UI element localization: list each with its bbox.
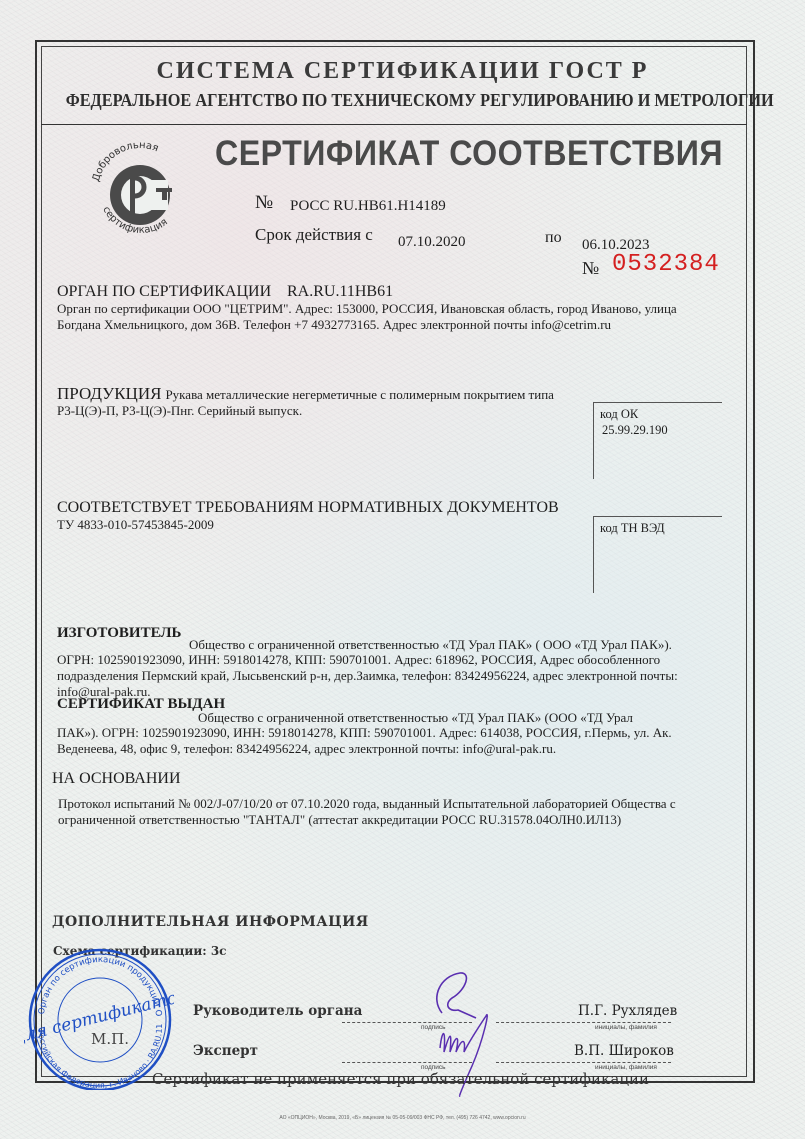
issued-to-details: ПАК»). ОГРН: 1025901923090, ИНН: 5918014…: [57, 725, 717, 757]
manufacturer-line-1: Общество с ограниченной ответственностью…: [189, 637, 672, 653]
manufacturer-details: ОГРН: 1025901923090, ИНН: 5918014278, КП…: [57, 652, 717, 700]
printer-imprint: АО «ОПЦИОН», Москва, 2019, «Б» лицензия …: [0, 1115, 805, 1121]
valid-from-date: 07.10.2020: [398, 234, 466, 251]
basis-heading: НА ОСНОВАНИИ: [52, 770, 181, 788]
expert-name: В.П. Широков: [574, 1043, 674, 1059]
agency-title: ФЕДЕРАЛЬНОЕ АГЕНТСТВО ПО ТЕХНИЧЕСКОМУ РЕ…: [66, 90, 723, 111]
additional-info-heading: ДОПОЛНИТЕЛЬНАЯ ИНФОРМАЦИЯ: [52, 914, 369, 930]
rst-mark-icon: Добровольная сертификация: [86, 138, 196, 238]
product-line-2: Р3-Ц(Э)-П, Р3-Ц(Э)-Пнг. Серийный выпуск.: [57, 403, 302, 419]
expert-label: Эксперт: [193, 1043, 258, 1059]
head-of-body-name: П.Г. Рухлядев: [578, 1003, 677, 1019]
conformity-heading: СООТВЕТСТВУЕТ ТРЕБОВАНИЯМ НОРМАТИВНЫХ ДО…: [57, 499, 559, 517]
validity-label: Срок действия с: [255, 225, 373, 245]
tnved-code-label: код ТН ВЭД: [600, 521, 665, 536]
certificate-number-label: №: [255, 192, 273, 214]
normative-document: ТУ 4833-010-57453845-2009: [57, 517, 214, 533]
product-line-1: Рукава металлические негерметичные с пол…: [165, 387, 553, 402]
certification-body-line-1: Орган по сертификации ООО "ЦЕТРИМ". Адре…: [57, 301, 717, 317]
manufacturer-heading: ИЗГОТОВИТЕЛЬ: [57, 625, 181, 641]
serial-number: 0532384: [612, 251, 720, 278]
expert-name-line: [496, 1062, 671, 1063]
head-name-line: [496, 1022, 671, 1023]
basis-line-1: Протокол испытаний № 002/J-07/10/20 от 0…: [58, 796, 718, 812]
issued-to-line-3: Веденеева, 48, офис 9, телефон: 83424956…: [57, 741, 717, 757]
certification-body-code: RA.RU.11НВ61: [287, 283, 393, 301]
ok-code-box: код ОК 25.99.29.190: [593, 402, 722, 479]
product-heading: ПРОДУКЦИЯ: [57, 384, 161, 403]
voluntary-certification-note: Сертификат не применяется при обязательн…: [152, 1070, 649, 1088]
certificate-title: СЕРТИФИКАТ СООТВЕТСТВИЯ: [215, 134, 723, 174]
basis-details: Протокол испытаний № 002/J-07/10/20 от 0…: [58, 796, 718, 828]
serial-number-label: №: [582, 258, 599, 279]
manufacturer-line-3: подразделения Пермский край, Лысьвенский…: [57, 668, 717, 684]
rst-logo: Добровольная сертификация: [86, 138, 196, 238]
product-heading-row: ПРОДУКЦИЯ Рукава металлические негермети…: [57, 384, 554, 404]
manufacturer-line-2: ОГРН: 1025901923090, ИНН: 5918014278, КП…: [57, 652, 717, 668]
issued-to-line-2: ПАК»). ОГРН: 1025901923090, ИНН: 5918014…: [57, 725, 717, 741]
header-divider: [41, 124, 747, 125]
certification-body-details: Орган по сертификации ООО "ЦЕТРИМ". Адре…: [57, 301, 717, 333]
tnved-code-box: код ТН ВЭД: [593, 516, 722, 593]
certification-stamp: Орган по сертификации продукции ООО «ЦЕТ…: [24, 940, 174, 1090]
certification-body-heading: ОРГАН ПО СЕРТИФИКАЦИИ: [57, 283, 271, 301]
basis-line-2: ограниченной ответственностью "ТАНТАЛ" (…: [58, 812, 718, 828]
round-stamp-icon: Орган по сертификации продукции ООО «ЦЕТ…: [24, 940, 174, 1090]
head-of-body-label: Руководитель органа: [193, 1003, 362, 1019]
issued-to-line-1: Общество с ограниченной ответственностью…: [198, 710, 633, 726]
certification-body-line-2: Богдана Хмельницкого, дом 36В. Телефон +…: [57, 317, 717, 333]
head-name-caption: инициалы, фамилия: [595, 1024, 657, 1031]
manufacturer-heading-row: ИЗГОТОВИТЕЛЬ: [57, 624, 181, 642]
svg-text:М.П.: М.П.: [91, 1030, 129, 1048]
ok-code-label: код ОК: [600, 407, 638, 422]
certificate-number: РОСС RU.НВ61.Н14189: [290, 198, 446, 215]
valid-to-label: по: [545, 229, 562, 247]
system-title: СИСТЕМА СЕРТИФИКАЦИИ ГОСТ Р: [0, 58, 805, 85]
ok-code-value: 25.99.29.190: [602, 423, 668, 438]
